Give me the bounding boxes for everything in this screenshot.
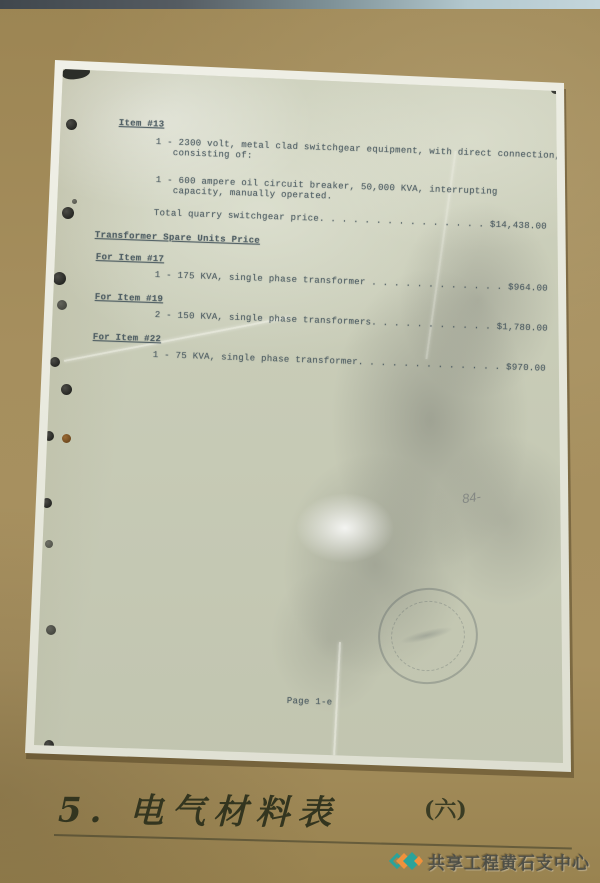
item19-heading: For Item #19	[95, 292, 164, 304]
item17-price-line: 1 - 175 KVA, single phase transformer . …	[155, 270, 548, 294]
item22-price-line: 1 - 75 KVA, single phase transformer. . …	[153, 350, 546, 374]
page-number: Page 1-e	[287, 696, 333, 708]
punch-hole-dot	[45, 540, 53, 548]
paper-crease	[333, 642, 341, 758]
punch-hole-dot	[57, 300, 67, 310]
watermark: 共享工程黄石支中心	[383, 846, 590, 876]
punch-hole-dot	[61, 384, 72, 395]
punch-hole-dot	[46, 625, 56, 635]
punch-hole-dot	[50, 357, 60, 367]
punch-hole-dot	[62, 207, 74, 219]
photo-top-edge-band	[0, 0, 600, 9]
transformer-heading: Transformer Spare Units Price	[95, 230, 261, 246]
watermark-text: 共享工程黄石支中心	[428, 849, 590, 874]
punch-hole-dot	[66, 119, 77, 130]
item17-heading: For Item #17	[96, 252, 165, 264]
ink-speck	[72, 199, 77, 204]
caption-volume-suffix: (六)	[424, 793, 467, 824]
diamond-logo-icon	[383, 846, 423, 876]
pencil-note: 84-	[461, 489, 482, 506]
handwritten-caption: 5. 电气材料表	[58, 783, 340, 835]
item-heading: Item #13	[119, 118, 165, 130]
rust-dot	[62, 434, 71, 443]
total-price-line: Total quarry switchgear price. . . . . .…	[154, 208, 547, 232]
item13-line: consisting of:	[173, 148, 253, 161]
item22-heading: For Item #22	[93, 332, 162, 344]
archive-stamp	[368, 577, 488, 694]
punch-hole-dot	[53, 272, 66, 285]
